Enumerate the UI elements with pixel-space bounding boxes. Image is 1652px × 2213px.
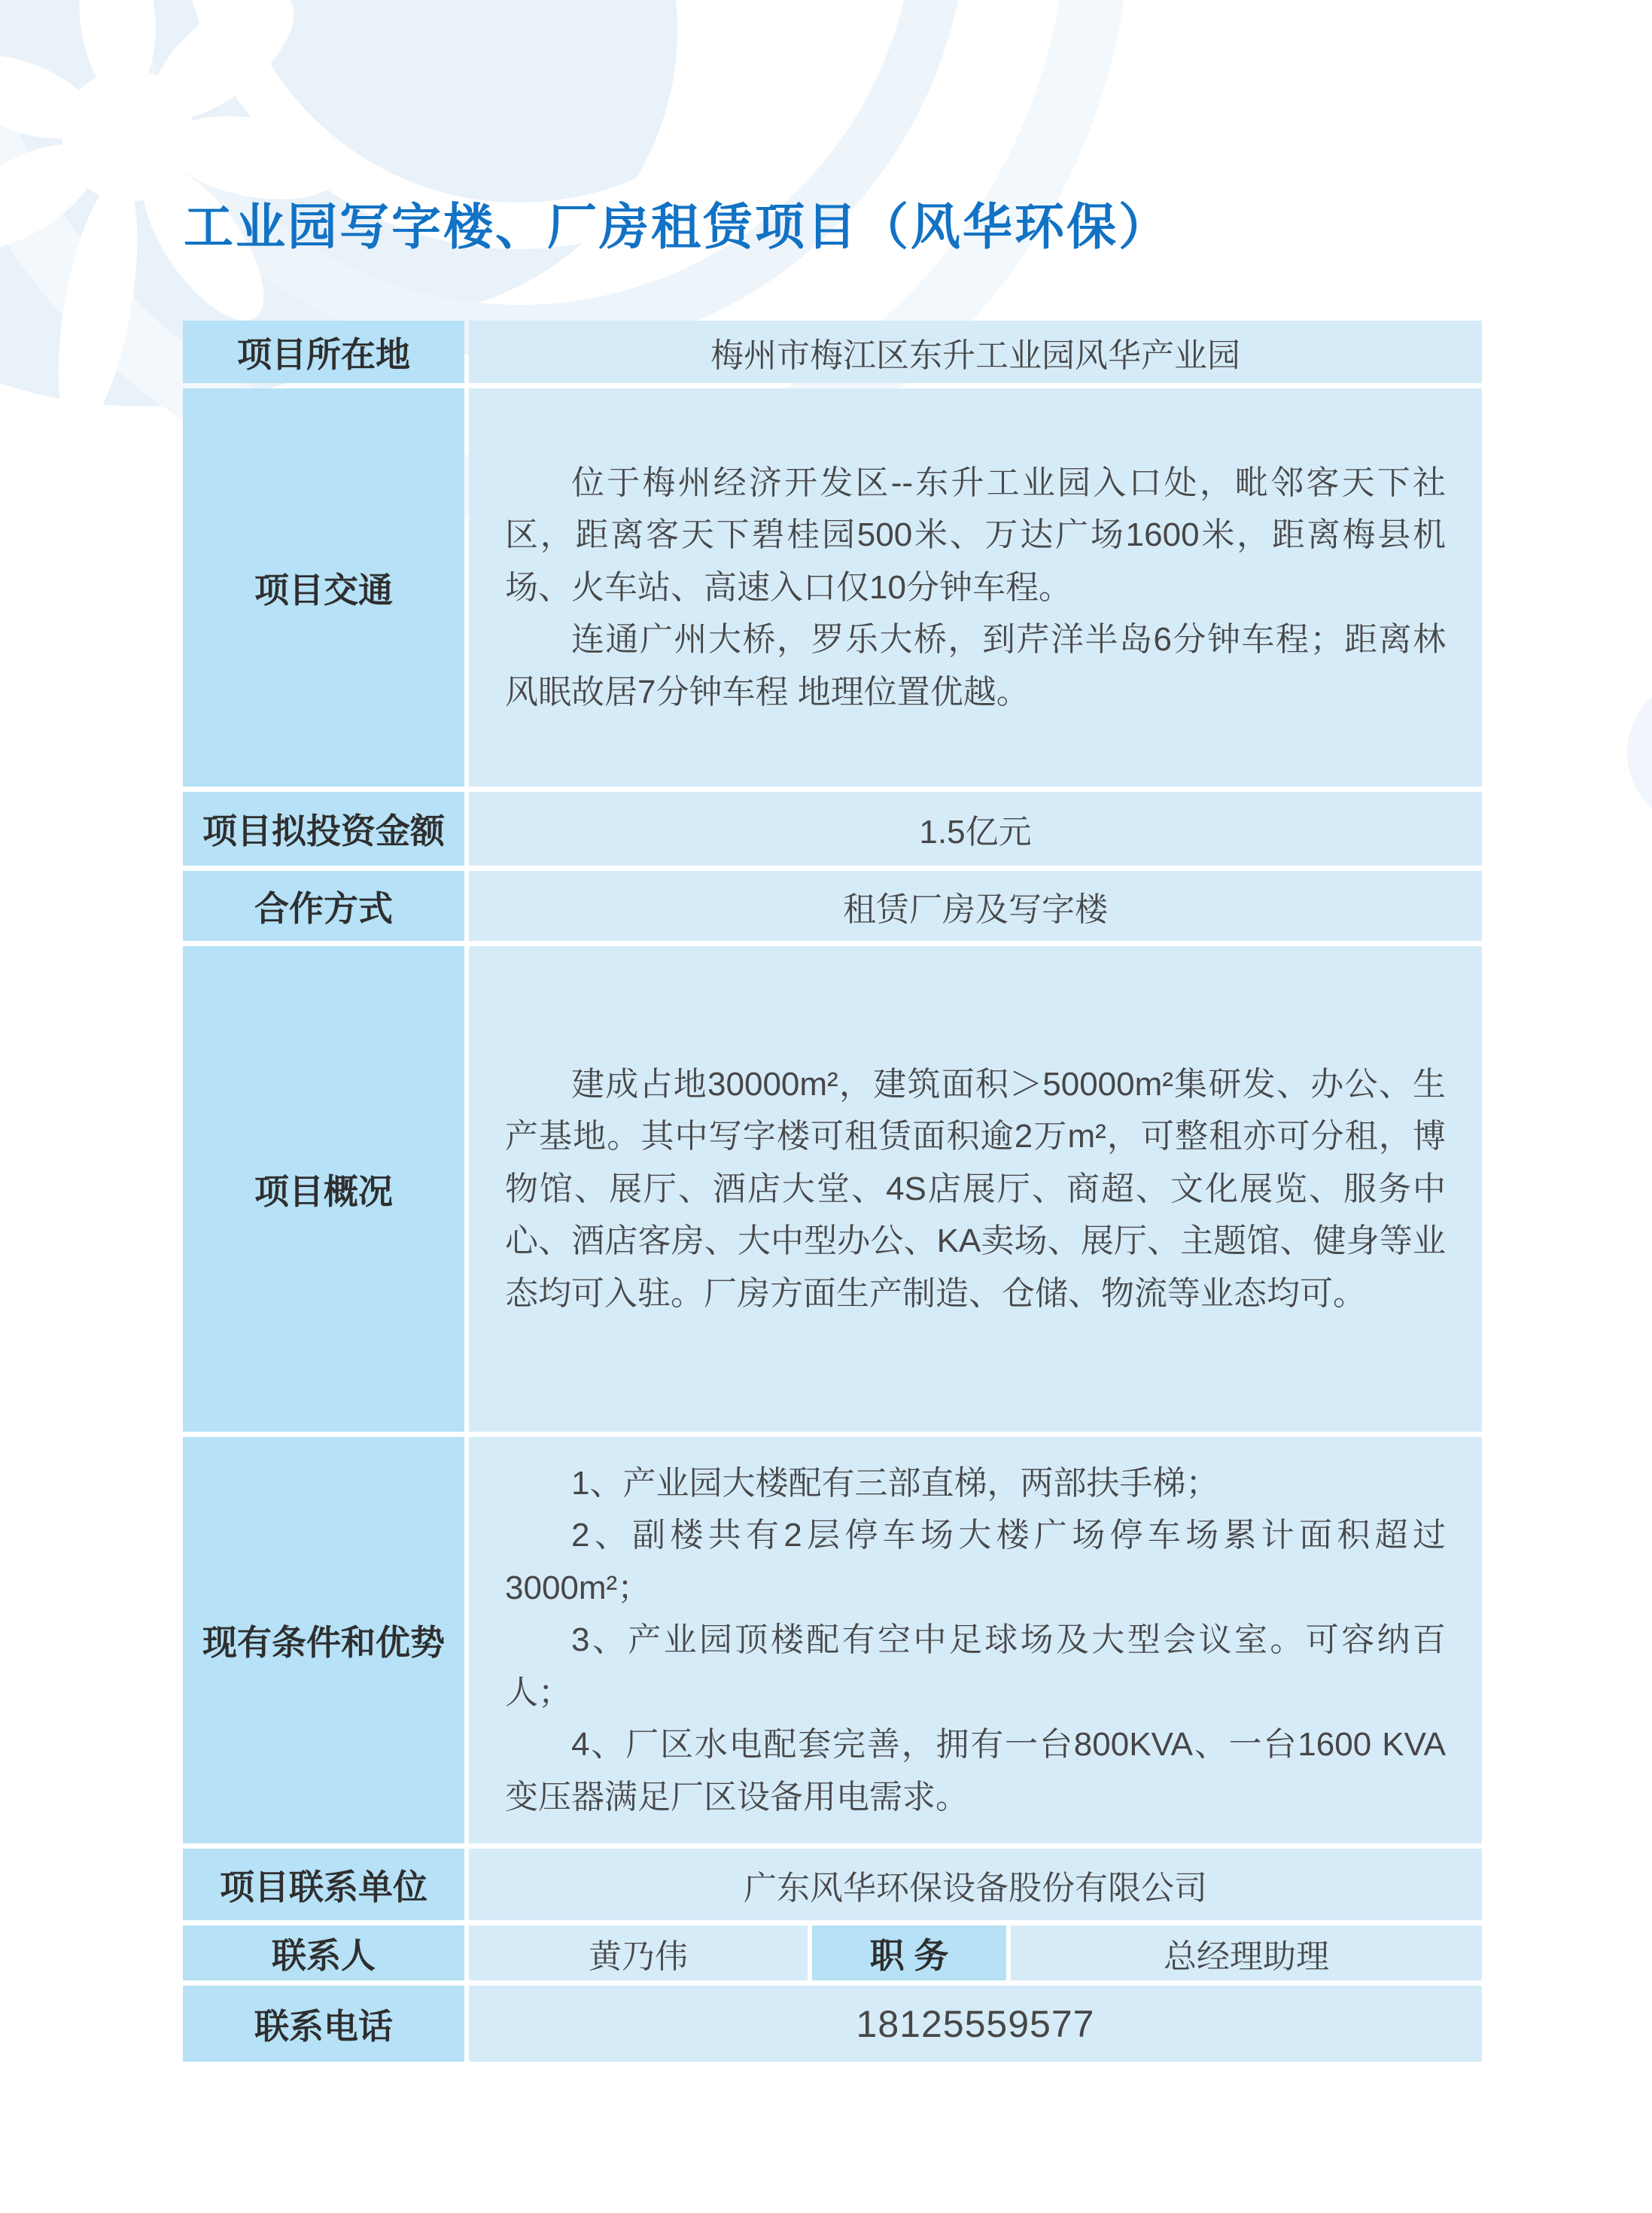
row-label-cooperation: 合作方式 <box>183 871 464 941</box>
traffic-paragraph: 位于梅州经济开发区--东升工业园入口处，毗邻客天下社区，距离客天下碧桂园500米… <box>505 457 1446 614</box>
row-label-traffic: 项目交通 <box>183 388 464 787</box>
traffic-paragraph: 连通广州大桥，罗乐大桥，到芹洋半岛6分钟车程；距离林风眠故居7分钟车程 地理位置… <box>505 613 1446 718</box>
row-label-overview: 项目概况 <box>183 946 464 1432</box>
row-value-advantages: 1、产业园大楼配有三部直梯，两部扶手梯； 2、副楼共有2层停车场大楼广场停车场累… <box>469 1437 1482 1843</box>
row-label-job-title: 职 务 <box>812 1925 1006 1980</box>
table-row-location: 项目所在地 梅州市梅江区东升工业园风华产业园 <box>183 321 1482 383</box>
row-value-cooperation: 租赁厂房及写字楼 <box>469 871 1482 941</box>
advantage-item: 4、厂区水电配套完善，拥有一台800KVA、一台1600 KVA变压器满足厂区设… <box>505 1718 1446 1823</box>
row-value-contact-unit: 广东风华环保设备股份有限公司 <box>469 1849 1482 1920</box>
row-label-contact-person: 联系人 <box>183 1925 464 1980</box>
table-row-contact-unit: 项目联系单位 广东风华环保设备股份有限公司 <box>183 1849 1482 1920</box>
table-row-investment: 项目拟投资金额 1.5亿元 <box>183 792 1482 866</box>
row-label-investment: 项目拟投资金额 <box>183 792 464 866</box>
table-row-phone: 联系电话 18125559577 <box>183 1986 1482 2062</box>
row-value-overview: 建成占地30000m²，建筑面积＞50000m²集研发、办公、生产基地。其中写字… <box>469 946 1482 1432</box>
contact-person-name: 黄乃伟 <box>469 1925 808 1980</box>
row-label-contact-unit: 项目联系单位 <box>183 1849 464 1920</box>
row-value-traffic: 位于梅州经济开发区--东升工业园入口处，毗邻客天下社区，距离客天下碧桂园500米… <box>469 388 1482 787</box>
row-value-investment: 1.5亿元 <box>469 792 1482 866</box>
advantage-item: 1、产业园大楼配有三部直梯，两部扶手梯； <box>505 1457 1446 1510</box>
table-row-contact-person: 联系人 黄乃伟 职 务 总经理助理 <box>183 1925 1482 1980</box>
contact-person-job-title: 总经理助理 <box>1011 1925 1482 1980</box>
brochure-page: { "page": { "title": "工业园写字楼、厂房租赁项目（风华环保… <box>0 0 1652 2213</box>
row-label-phone: 联系电话 <box>183 1986 464 2062</box>
project-info-table: 项目所在地 梅州市梅江区东升工业园风华产业园 项目交通 位于梅州经济开发区--东… <box>183 321 1482 2062</box>
advantage-item: 2、副楼共有2层停车场大楼广场停车场累计面积超过3000m²； <box>505 1509 1446 1614</box>
table-row-traffic: 项目交通 位于梅州经济开发区--东升工业园入口处，毗邻客天下社区，距离客天下碧桂… <box>183 388 1482 787</box>
overview-paragraph: 建成占地30000m²，建筑面积＞50000m²集研发、办公、生产基地。其中写字… <box>505 1058 1446 1320</box>
row-value-phone: 18125559577 <box>469 1986 1482 2062</box>
table-row-overview: 项目概况 建成占地30000m²，建筑面积＞50000m²集研发、办公、生产基地… <box>183 946 1482 1432</box>
table-row-advantages: 现有条件和优势 1、产业园大楼配有三部直梯，两部扶手梯； 2、副楼共有2层停车场… <box>183 1437 1482 1843</box>
table-row-cooperation: 合作方式 租赁厂房及写字楼 <box>183 871 1482 941</box>
page-title: 工业园写字楼、厂房租赁项目（风华环保） <box>184 202 1170 251</box>
row-label-advantages: 现有条件和优势 <box>183 1437 464 1843</box>
row-label-location: 项目所在地 <box>183 321 464 383</box>
row-value-location: 梅州市梅江区东升工业园风华产业园 <box>469 321 1482 383</box>
advantage-item: 3、产业园顶楼配有空中足球场及大型会议室。可容纳百人； <box>505 1614 1446 1718</box>
